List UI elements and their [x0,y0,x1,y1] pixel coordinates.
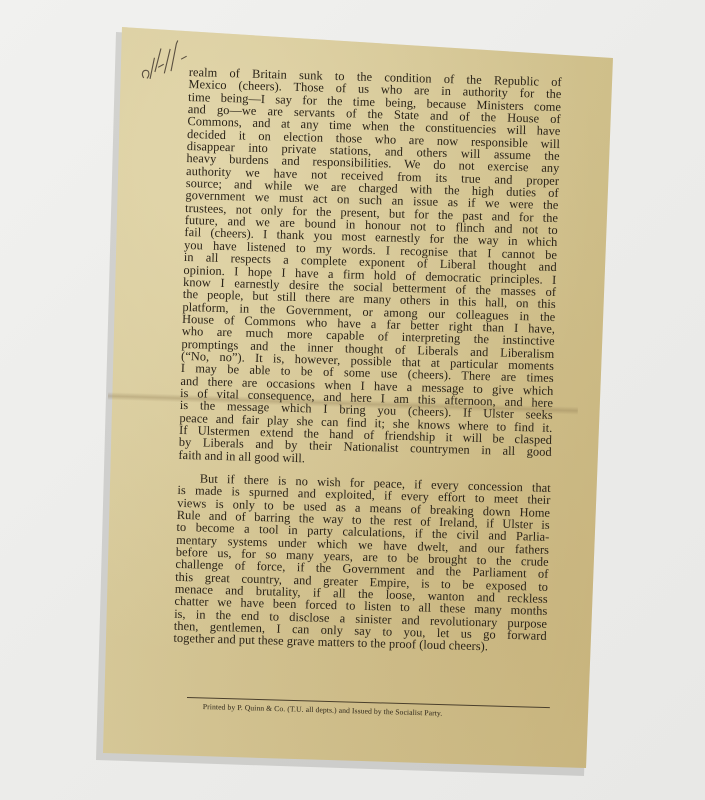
paragraph-1: realm of Britain sunk to the condition o… [178,66,562,471]
speech-text: realm of Britain sunk to the condition o… [173,66,562,655]
paragraph-2: But if there is no wish for peace, if ev… [173,472,551,655]
